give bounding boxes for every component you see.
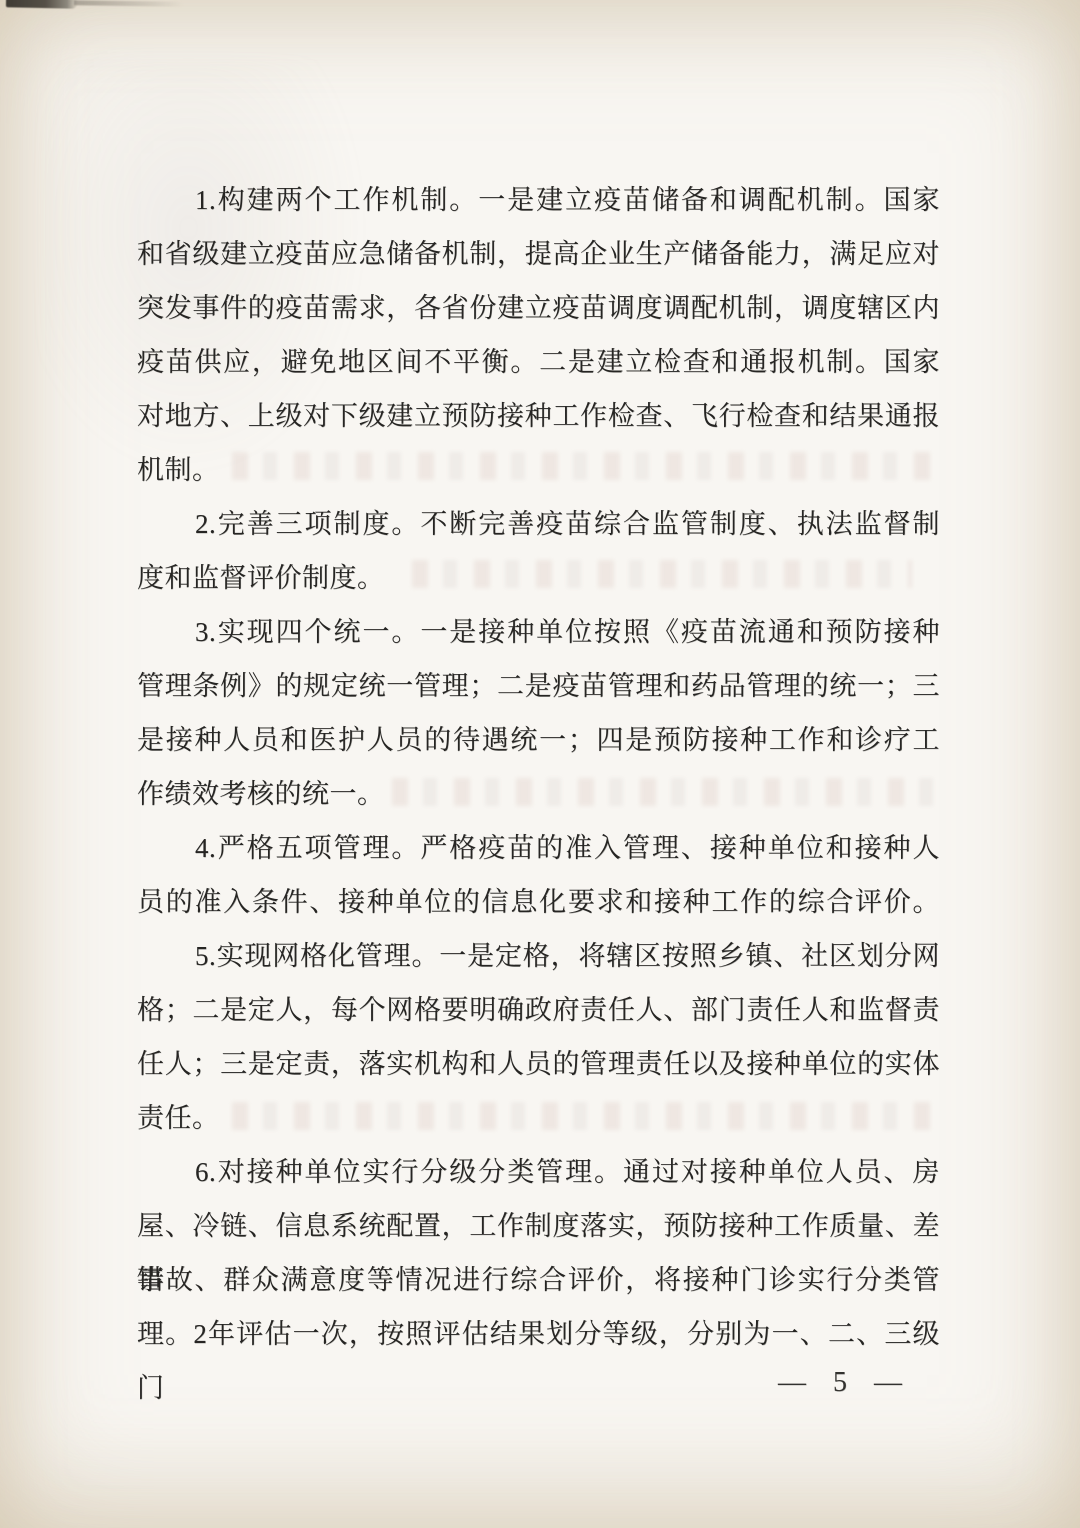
text-line: 理。2年评估一次，按照评估结果划分等级，分别为一、二、三级门 [137, 1307, 940, 1361]
text-line: 1.构建两个工作机制。一是建立疫苗储备和调配机制。国家 [137, 173, 940, 227]
text-line: 5.实现网格化管理。一是定格，将辖区按照乡镇、社区划分网 [137, 929, 940, 983]
text-line: 责任。 [137, 1091, 940, 1145]
text-line: 4.严格五项管理。严格疫苗的准入管理、接种单位和接种人 [137, 821, 940, 875]
text-line: 管理条例》的规定统一管理；二是疫苗管理和药品管理的统一；三 [137, 659, 940, 713]
text-line: 任人；三是定责，落实机构和人员的管理责任以及接种单位的实体 [137, 1037, 940, 1091]
text-line: 屋、冷链、信息系统配置，工作制度落实，预防接种工作质量、差错 [137, 1199, 940, 1253]
text-line: 对地方、上级对下级建立预防接种工作检查、飞行检查和结果通报 [137, 389, 940, 443]
text-line: 作绩效考核的统一。 [137, 767, 940, 821]
scanned-document-page: 1.构建两个工作机制。一是建立疫苗储备和调配机制。国家和省级建立疫苗应急储备机制… [0, 0, 1080, 1528]
text-line: 是接种人员和医护人员的待遇统一；四是预防接种工作和诊疗工 [137, 713, 940, 767]
text-line: 度和监督评价制度。 [137, 551, 940, 605]
scan-artifact-smudge [6, 0, 78, 9]
text-line: 事故、群众满意度等情况进行综合评价，将接种门诊实行分类管 [137, 1253, 940, 1307]
text-line: 员的准入条件、接种单位的信息化要求和接种工作的综合评价。 [137, 875, 940, 929]
text-line: 格；二是定人，每个网格要明确政府责任人、部门责任人和监督责 [137, 983, 940, 1037]
text-line: 突发事件的疫苗需求，各省份建立疫苗调度调配机制，调度辖区内 [137, 281, 940, 335]
text-line: 2.完善三项制度。不断完善疫苗综合监管制度、执法监督制 [137, 497, 940, 551]
text-line: 疫苗供应，避免地区间不平衡。二是建立检查和通报机制。国家 [137, 335, 940, 389]
scan-artifact-smudge [74, 0, 184, 7]
page-number: — 5 — [778, 1366, 912, 1400]
document-text-body: 1.构建两个工作机制。一是建立疫苗储备和调配机制。国家和省级建立疫苗应急储备机制… [137, 173, 940, 1361]
text-line: 机制。 [137, 443, 940, 497]
text-line: 和省级建立疫苗应急储备机制，提高企业生产储备能力，满足应对 [137, 227, 940, 281]
text-line: 3.实现四个统一。一是接种单位按照《疫苗流通和预防接种 [137, 605, 940, 659]
text-line: 6.对接种单位实行分级分类管理。通过对接种单位人员、房 [137, 1145, 940, 1199]
